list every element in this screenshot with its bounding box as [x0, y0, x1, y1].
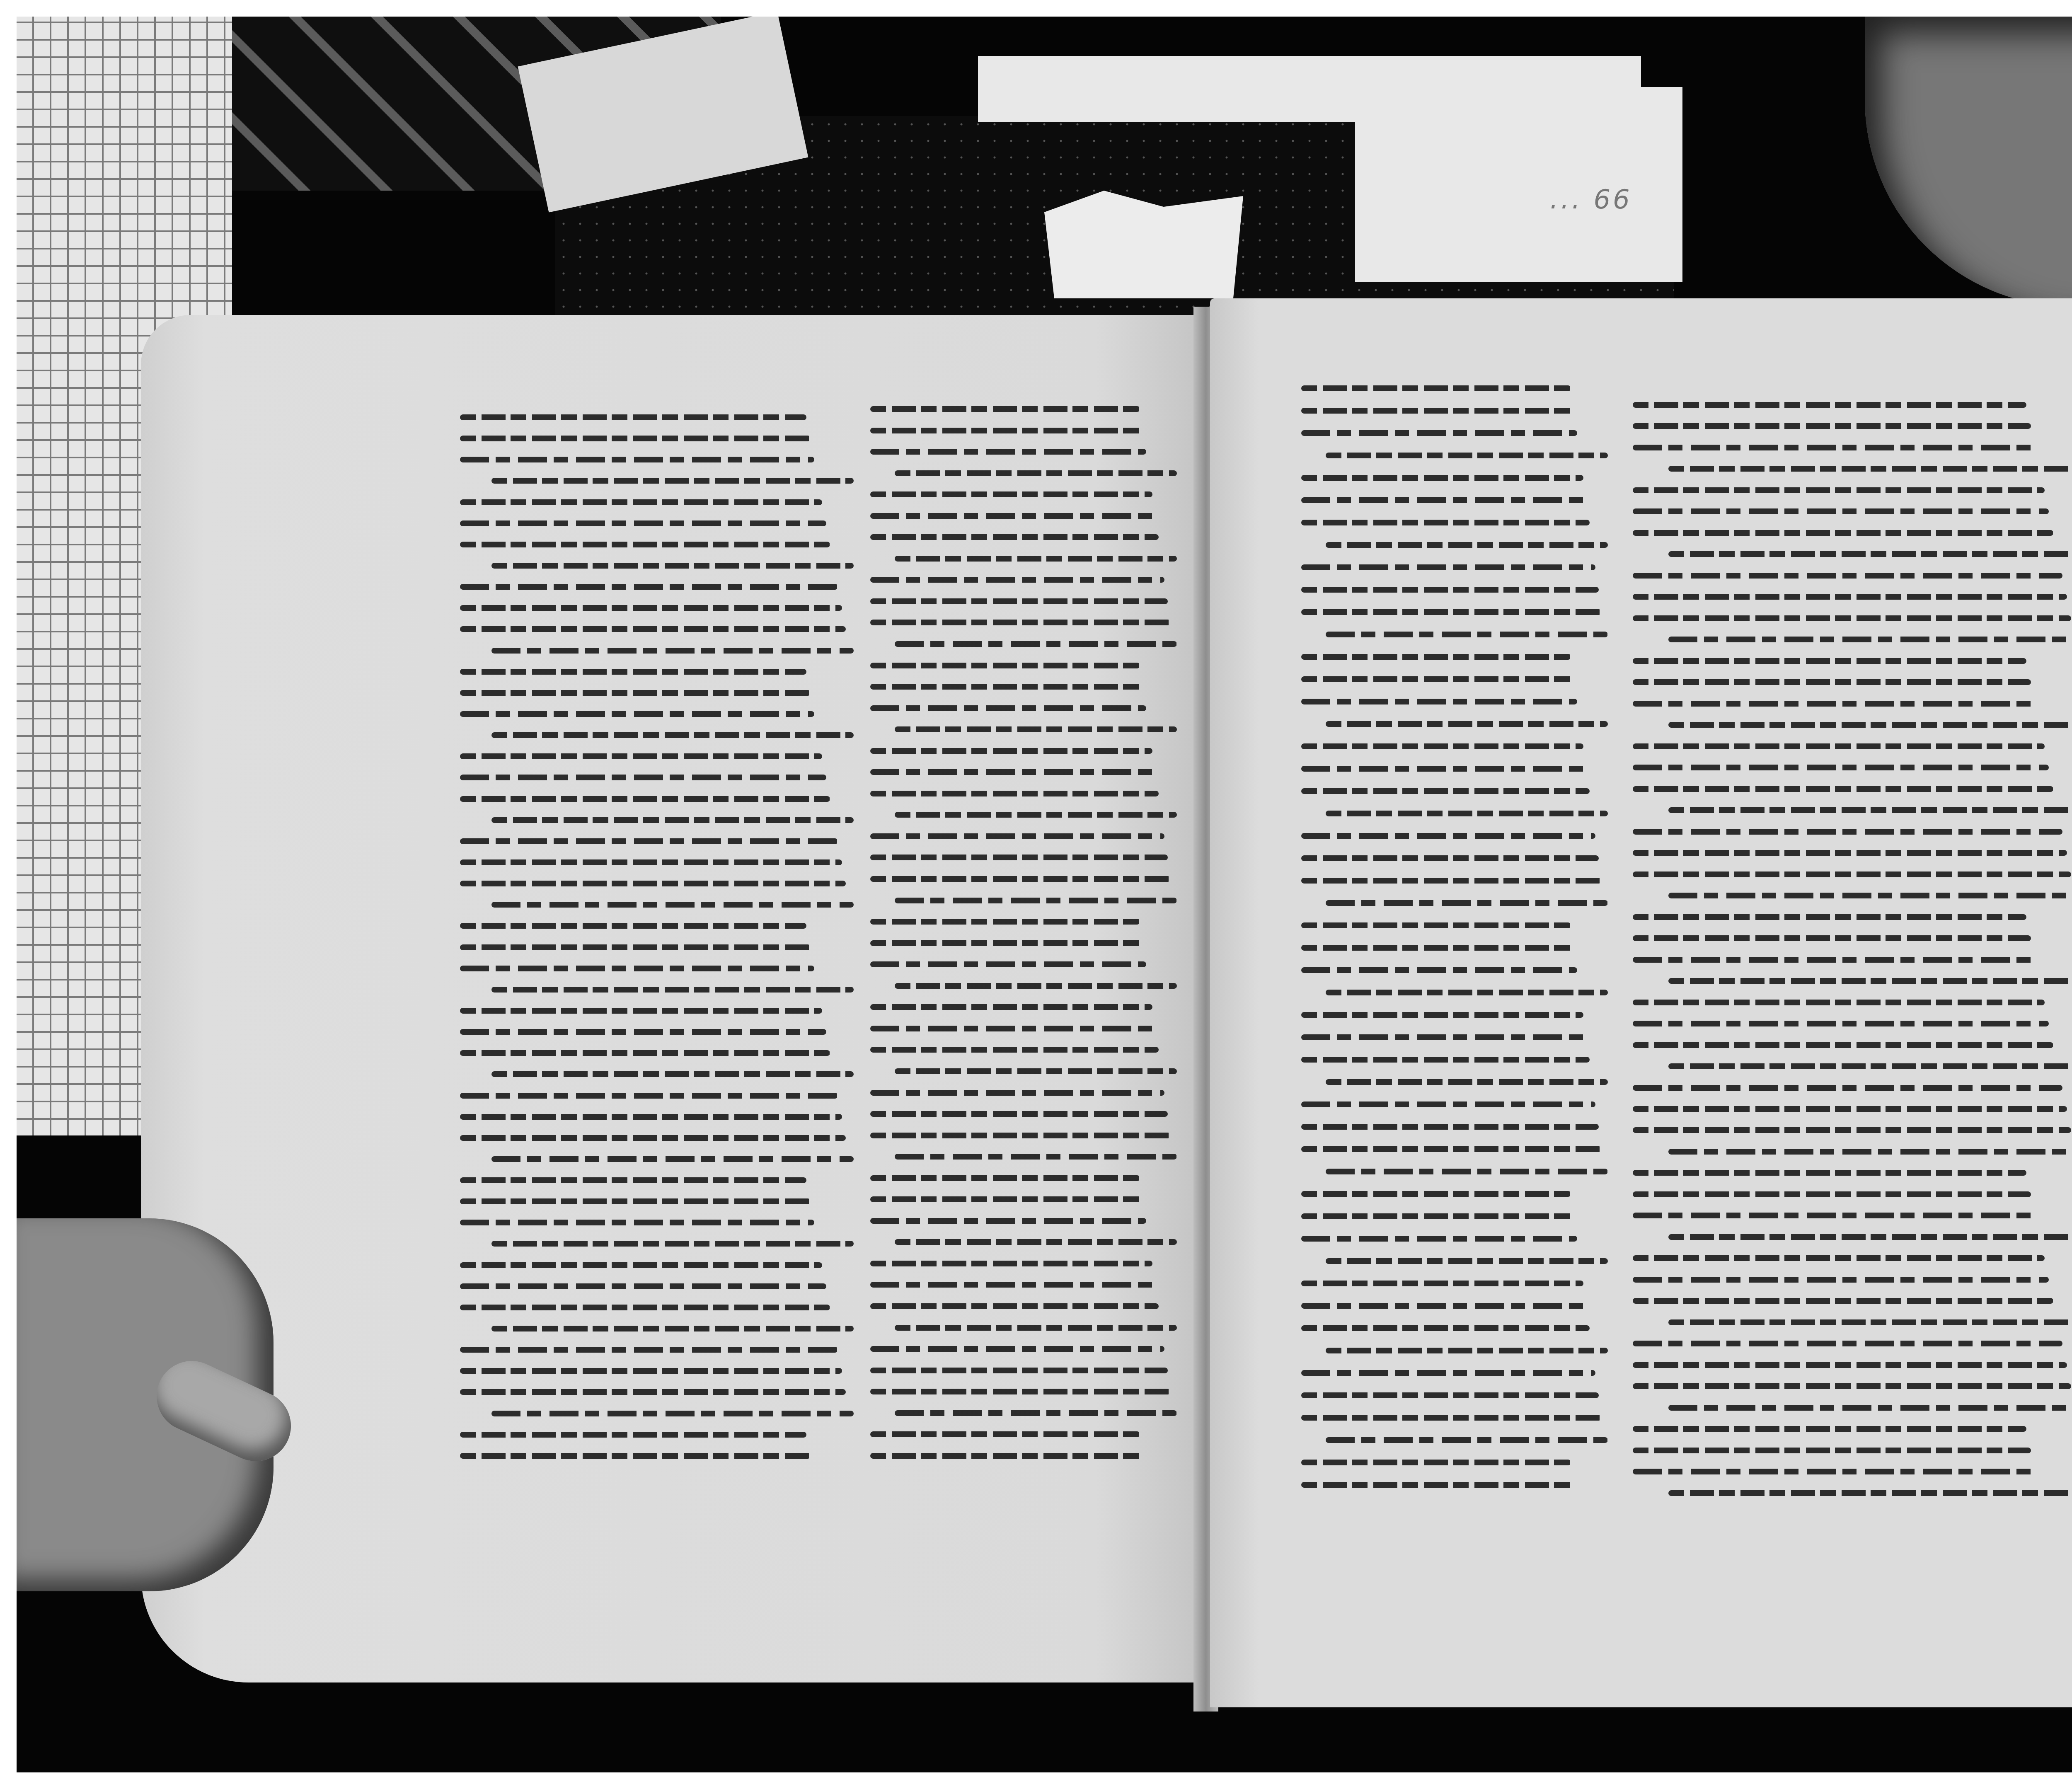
manuscript-text-line	[1668, 1405, 2072, 1411]
manuscript-text-line	[870, 1111, 1168, 1117]
manuscript-text-line	[1326, 1258, 1608, 1264]
manuscript-text-line	[1301, 766, 1586, 772]
manuscript-text-line	[460, 520, 826, 526]
manuscript-text-line	[870, 1133, 1171, 1138]
manuscript-text-line	[1301, 676, 1574, 682]
manuscript-text-line	[1326, 1437, 1608, 1443]
manuscript-text-line	[1301, 564, 1595, 570]
manuscript-text-line	[491, 732, 854, 738]
manuscript-text-line	[460, 436, 811, 441]
manuscript-text-line	[1301, 1415, 1602, 1421]
manuscript-text-line	[491, 1326, 854, 1331]
manuscript-text-line	[460, 838, 838, 844]
manuscript-text-line	[895, 898, 1177, 903]
manuscript-text-line	[1301, 1101, 1595, 1107]
manuscript-text-line	[870, 428, 1143, 433]
manuscript-text-line	[1301, 430, 1577, 436]
manuscript-text-line	[1668, 722, 2072, 728]
manuscript-text-line	[1633, 679, 2031, 685]
manuscript-text-line	[1668, 1149, 2072, 1155]
manuscript-text-line	[870, 577, 1164, 583]
manuscript-text-line	[1301, 1236, 1577, 1242]
manuscript-text-line	[460, 457, 814, 462]
manuscript-text-line	[460, 1389, 846, 1395]
manuscript-text-line	[1633, 786, 2053, 792]
manuscript-text-line	[460, 499, 822, 505]
manuscript-text-line	[1633, 1469, 2036, 1474]
manuscript-text-line	[870, 1261, 1152, 1266]
manuscript-text-line	[895, 470, 1177, 476]
manuscript-text-line	[460, 775, 826, 780]
manuscript-text-line	[1301, 654, 1571, 660]
manuscript-text-line	[1301, 1303, 1586, 1309]
manuscript-text-line	[1633, 1127, 2071, 1133]
manuscript-text-line	[460, 1220, 814, 1225]
manuscript-text-line	[460, 1305, 830, 1310]
manuscript-text-line	[1633, 1170, 2026, 1176]
manuscript-text-line	[870, 1282, 1155, 1288]
manuscript-text-line	[1301, 497, 1586, 503]
manuscript-text-line	[1633, 872, 2071, 877]
manuscript-text-line	[1633, 487, 2045, 493]
manuscript-text-line	[870, 406, 1140, 412]
label-card-text: ... 66	[1550, 184, 1632, 215]
manuscript-text-line	[1326, 721, 1608, 727]
manuscript-text-line	[870, 748, 1152, 754]
manuscript-text-line	[1668, 893, 2072, 898]
manuscript-text-line	[491, 987, 854, 993]
paper-label-card	[1355, 87, 1682, 282]
manuscript-text-line	[870, 1389, 1171, 1394]
manuscript-text-line	[1633, 1426, 2026, 1432]
manuscript-text-line	[1301, 1057, 1590, 1063]
manuscript-text-line	[460, 1050, 830, 1056]
manuscript-text-line	[870, 1368, 1168, 1373]
manuscript-text-line	[1301, 788, 1590, 794]
manuscript-text-line	[1633, 765, 2049, 770]
manuscript-text-line	[491, 1156, 854, 1162]
manuscript-text-line	[1633, 508, 2049, 514]
manuscript-text-line	[1633, 615, 2071, 621]
manuscript-text-line	[1668, 1063, 2072, 1069]
manuscript-text-line	[1633, 1277, 2049, 1283]
manuscript-text-line	[1633, 957, 2036, 963]
manuscript-text-line	[1301, 520, 1590, 525]
manuscript-text-line	[1326, 1348, 1608, 1353]
manuscript-text-line	[870, 1196, 1143, 1202]
manuscript-text-line	[1633, 743, 2045, 749]
manuscript-text-line	[1301, 1460, 1571, 1465]
manuscript-text-line	[1633, 1341, 2062, 1346]
manuscript-text-line	[870, 1047, 1159, 1053]
manuscript-text-line	[1668, 807, 2072, 813]
manuscript-text-line	[491, 478, 854, 484]
manuscript-text-line	[1301, 1325, 1590, 1331]
manuscript-text-line	[870, 919, 1140, 925]
manuscript-text-line	[1301, 1281, 1583, 1286]
manuscript-text-line	[1633, 402, 2026, 408]
manuscript-text-line	[1301, 475, 1583, 481]
manuscript-text-line	[460, 414, 806, 420]
manuscript-text-line	[1633, 594, 2067, 600]
manuscript-text-line	[1301, 833, 1595, 839]
manuscript-text-line	[460, 669, 806, 675]
manuscript-text-line	[1633, 1042, 2053, 1048]
manuscript-text-line	[1633, 658, 2026, 664]
manuscript-text-line	[1633, 1213, 2036, 1218]
manuscript-text-line	[1668, 1319, 2072, 1325]
right-hand	[1865, 17, 2072, 307]
manuscript-text-line	[1633, 423, 2031, 429]
manuscript-text-line	[870, 1004, 1152, 1010]
manuscript-text-line	[870, 876, 1171, 882]
manuscript-text-line	[1326, 990, 1608, 995]
manuscript-text-line	[1633, 1298, 2053, 1304]
manuscript-text-line	[895, 726, 1177, 732]
manuscript-text-line	[870, 1431, 1140, 1437]
manuscript-text-line	[1326, 632, 1608, 637]
manuscript-text-line	[460, 1135, 846, 1141]
manuscript-text-line	[1301, 408, 1574, 414]
manuscript-text-line	[1301, 743, 1583, 749]
manuscript-text-line	[1301, 1124, 1599, 1130]
manuscript-text-line	[460, 1029, 826, 1035]
manuscript-text-line	[895, 1239, 1177, 1245]
manuscript-text-line	[1633, 1255, 2045, 1261]
manuscript-text-line	[1301, 385, 1571, 391]
manuscript-text-line	[1326, 542, 1608, 548]
manuscript-text-line	[460, 626, 846, 632]
manuscript-text-line	[460, 1177, 806, 1183]
manuscript-text-line	[895, 1325, 1177, 1331]
manuscript-text-line	[1668, 637, 2072, 642]
manuscript-text-line	[460, 1114, 842, 1120]
manuscript-text-line	[1633, 1448, 2031, 1453]
left-col-outer	[460, 414, 854, 1459]
manuscript-text-line	[1326, 811, 1608, 816]
manuscript-text-line	[491, 1241, 854, 1247]
manuscript-text-line	[1301, 945, 1574, 951]
manuscript-text-line	[460, 944, 811, 950]
manuscript-text-line	[460, 923, 806, 929]
manuscript-text-line	[1301, 878, 1602, 884]
photo-frame: ... 66	[17, 17, 2072, 1772]
manuscript-text-line	[1301, 1034, 1586, 1040]
manuscript-text-line	[1633, 1000, 2045, 1005]
manuscript-text-line	[1326, 1079, 1608, 1085]
manuscript-text-line	[460, 542, 830, 547]
manuscript-text-line	[491, 817, 854, 823]
manuscript-text-line	[870, 1090, 1164, 1096]
manuscript-text-line	[1301, 1191, 1571, 1197]
manuscript-text-line	[460, 966, 814, 971]
manuscript-text-line	[1633, 445, 2036, 450]
manuscript-text-line	[1301, 1012, 1583, 1018]
manuscript-text-line	[1326, 900, 1608, 906]
manuscript-text-line	[870, 684, 1143, 690]
manuscript-text-line	[895, 1410, 1177, 1416]
manuscript-text-line	[870, 1453, 1143, 1459]
left-col-inner	[870, 406, 1177, 1459]
manuscript-text-line	[870, 663, 1140, 668]
manuscript-text-line	[491, 1411, 854, 1416]
manuscript-text-line	[460, 711, 814, 717]
manuscript-text-line	[1633, 1106, 2067, 1112]
manuscript-text-line	[460, 1368, 842, 1374]
manuscript-text-line	[460, 753, 822, 759]
torn-paper-slip	[1044, 191, 1243, 298]
manuscript-text-line	[895, 1154, 1177, 1160]
manuscript-text-line	[460, 796, 830, 802]
manuscript-text-line	[870, 855, 1168, 860]
manuscript-text-line	[1633, 829, 2062, 835]
manuscript-text-line	[460, 605, 842, 611]
manuscript-text-line	[870, 449, 1146, 455]
manuscript-text-line	[1326, 453, 1608, 458]
manuscript-text-line	[460, 1198, 811, 1204]
manuscript-text-line	[1301, 1213, 1574, 1219]
manuscript-text-line	[870, 1303, 1159, 1309]
manuscript-text-line	[1633, 1085, 2062, 1091]
manuscript-text-line	[460, 1283, 826, 1289]
manuscript-text-line	[1668, 978, 2072, 984]
manuscript-text-line	[1668, 551, 2072, 557]
manuscript-text-line	[1633, 573, 2062, 579]
manuscript-text-line	[870, 1218, 1146, 1224]
manuscript-text-line	[1633, 530, 2053, 536]
manuscript-text-line	[870, 513, 1155, 519]
manuscript-text-line	[1301, 855, 1599, 861]
manuscript-text-line	[870, 961, 1146, 967]
manuscript-text-line	[1633, 1362, 2067, 1368]
manuscript-text-line	[870, 1175, 1140, 1181]
manuscript-text-line	[1301, 1392, 1599, 1398]
manuscript-text-line	[1633, 935, 2031, 941]
manuscript-text-line	[1301, 699, 1577, 704]
manuscript-text-line	[460, 1347, 838, 1353]
manuscript-text-line	[460, 584, 838, 590]
manuscript-text-line	[1633, 1021, 2049, 1026]
manuscript-text-line	[460, 1432, 806, 1438]
manuscript-text-line	[870, 833, 1164, 839]
manuscript-text-line	[460, 1093, 838, 1099]
manuscript-text-line	[1301, 1146, 1602, 1152]
manuscript-text-line	[895, 812, 1177, 818]
manuscript-text-line	[1301, 967, 1577, 973]
manuscript-text-line	[491, 648, 854, 654]
manuscript-text-line	[491, 563, 854, 569]
manuscript-text-line	[1633, 1383, 2071, 1389]
manuscript-text-line	[460, 1453, 811, 1459]
manuscript-text-line	[895, 1068, 1177, 1074]
manuscript-text-line	[1301, 609, 1602, 615]
manuscript-text-line	[895, 641, 1177, 647]
manuscript-text-line	[460, 881, 846, 886]
open-manuscript	[141, 298, 2072, 1728]
manuscript-text-line	[1633, 914, 2026, 920]
manuscript-text-line	[460, 859, 842, 865]
manuscript-text-line	[1301, 1370, 1595, 1376]
manuscript-text-line	[895, 983, 1177, 989]
manuscript-text-line	[1301, 587, 1599, 593]
manuscript-text-line	[1301, 1482, 1574, 1488]
manuscript-text-line	[870, 534, 1159, 540]
manuscript-text-line	[460, 690, 811, 696]
manuscript-text-line	[491, 902, 854, 908]
manuscript-text-line	[870, 940, 1143, 946]
manuscript-text-line	[1301, 922, 1571, 928]
manuscript-text-line	[1668, 1490, 2072, 1496]
manuscript-text-line	[895, 556, 1177, 562]
manuscript-text-line	[1633, 850, 2067, 856]
manuscript-text-line	[870, 769, 1155, 775]
manuscript-text-line	[1633, 1191, 2031, 1197]
manuscript-text-line	[460, 1262, 822, 1268]
manuscript-text-line	[870, 1346, 1164, 1352]
manuscript-text-line	[1668, 1234, 2072, 1240]
manuscript-text-line	[870, 791, 1159, 796]
manuscript-text-line	[870, 1026, 1155, 1031]
manuscript-text-line	[491, 1071, 854, 1077]
manuscript-text-line	[1326, 1169, 1608, 1174]
manuscript-text-line	[460, 1008, 822, 1014]
manuscript-text-line	[870, 620, 1171, 625]
manuscript-text-line	[1668, 466, 2072, 472]
manuscript-text-line	[1633, 701, 2036, 707]
right-col-outer	[1633, 402, 2072, 1496]
manuscript-text-line	[870, 705, 1146, 711]
right-col-inner	[1301, 385, 1608, 1488]
manuscript-text-line	[870, 598, 1168, 604]
manuscript-text-line	[870, 491, 1152, 497]
